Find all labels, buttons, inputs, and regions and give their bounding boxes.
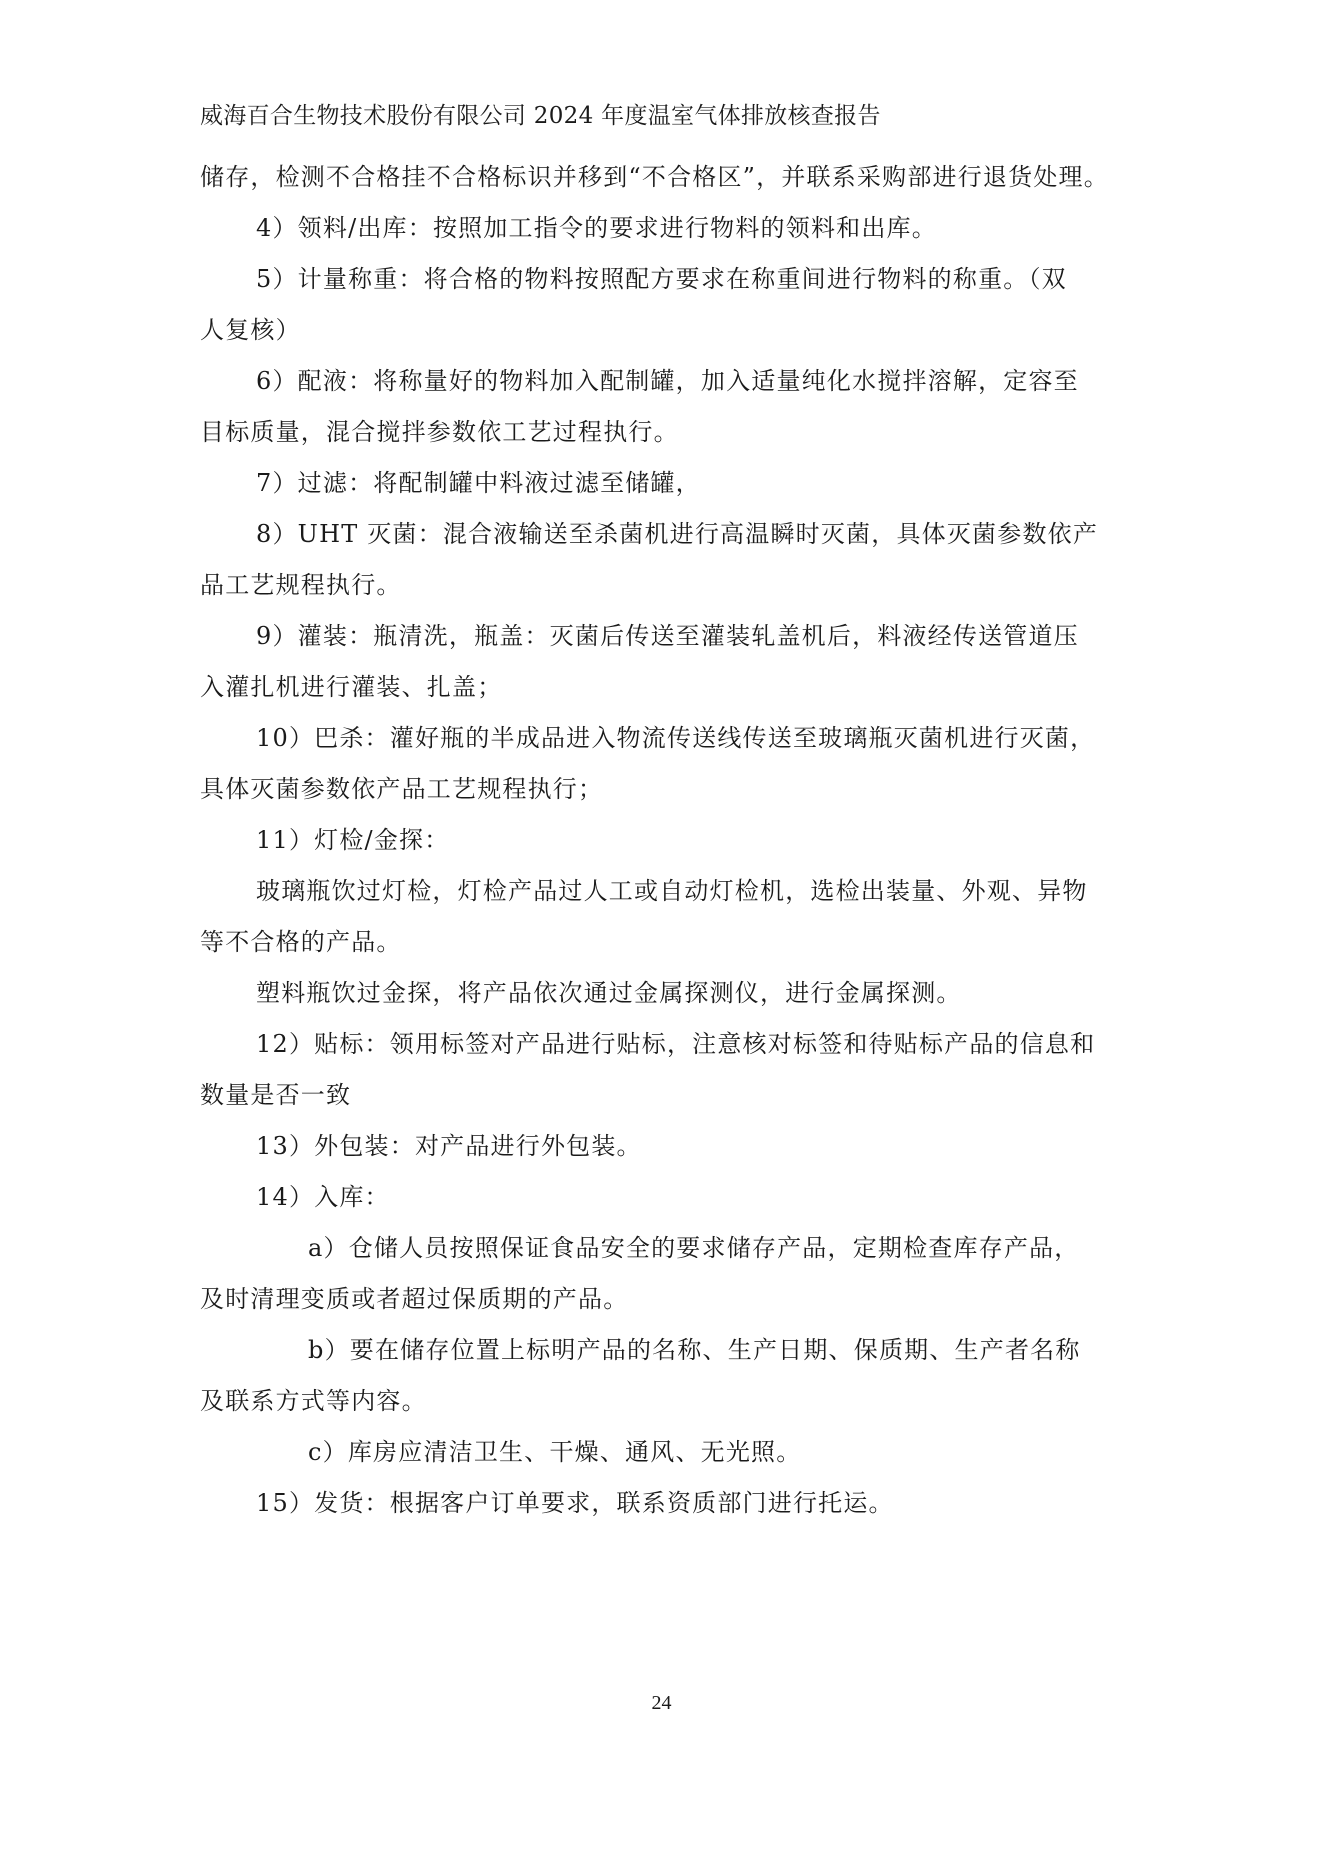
text-line: c）库房应清洁卫生、干燥、通风、无光照。 [308, 1432, 801, 1467]
text-line: 入灌扎机进行灌装、扎盖； [200, 667, 502, 702]
text-line: 及时清理变质或者超过保质期的产品。 [200, 1279, 628, 1314]
text-line: 玻璃瓶饮过灯检，灯检产品过人工或自动灯检机，选检出装量、外观、异物 [256, 871, 1088, 906]
text-line: 品工艺规程执行。 [200, 565, 402, 600]
page-number: 24 [0, 1692, 1323, 1715]
text-line: 11）灯检/金探： [256, 820, 449, 855]
text-line: 储存，检测不合格挂不合格标识并移到“不合格区”，并联系采购部进行退货处理。 [200, 157, 1109, 192]
text-line: b）要在储存位置上标明产品的名称、生产日期、保质期、生产者名称 [308, 1330, 1081, 1365]
text-line: 4）领料/出库：按照加工指令的要求进行物料的领料和出库。 [256, 208, 937, 243]
text-line: 数量是否一致 [200, 1075, 351, 1110]
text-line: a）仓储人员按照保证食品安全的要求储存产品，定期检查库存产品， [308, 1228, 1080, 1263]
running-header: 威海百合生物技术股份有限公司 2024 年度温室气体排放核查报告 [200, 97, 881, 130]
text-line: 及联系方式等内容。 [200, 1381, 427, 1416]
text-line: 塑料瓶饮过金探，将产品依次通过金属探测仪，进行金属探测。 [256, 973, 962, 1008]
text-line: 人复核） [200, 310, 301, 345]
text-line: 9）灌装：瓶清洗，瓶盖：灭菌后传送至灌装轧盖机后，料液经传送管道压 [256, 616, 1079, 651]
text-line: 12）贴标：领用标签对产品进行贴标，注意核对标签和待贴标产品的信息和 [256, 1024, 1095, 1059]
text-line: 7）过滤：将配制罐中料液过滤至储罐， [256, 463, 701, 498]
text-line: 8）UHT 灭菌：混合液输送至杀菌机进行高温瞬时灭菌，具体灭菌参数依产 [256, 514, 1098, 549]
text-line: 14）入库： [256, 1177, 390, 1212]
text-line: 5）计量称重：将合格的物料按照配方要求在称重间进行物料的称重。（双 [256, 259, 1067, 294]
text-line: 等不合格的产品。 [200, 922, 402, 957]
text-line: 13）外包装：对产品进行外包装。 [256, 1126, 642, 1161]
text-line: 10）巴杀：灌好瓶的半成品进入物流传送线传送至玻璃瓶灭菌机进行灭菌， [256, 718, 1095, 753]
text-line: 15）发货：根据客户订单要求，联系资质部门进行托运。 [256, 1483, 894, 1518]
text-line: 具体灭菌参数依产品工艺规程执行； [200, 769, 603, 804]
document-page: 威海百合生物技术股份有限公司 2024 年度温室气体排放核查报告 储存，检测不合… [0, 0, 1323, 1871]
text-line: 6）配液：将称量好的物料加入配制罐，加入适量纯化水搅拌溶解，定容至 [256, 361, 1079, 396]
text-line: 目标质量，混合搅拌参数依工艺过程执行。 [200, 412, 679, 447]
